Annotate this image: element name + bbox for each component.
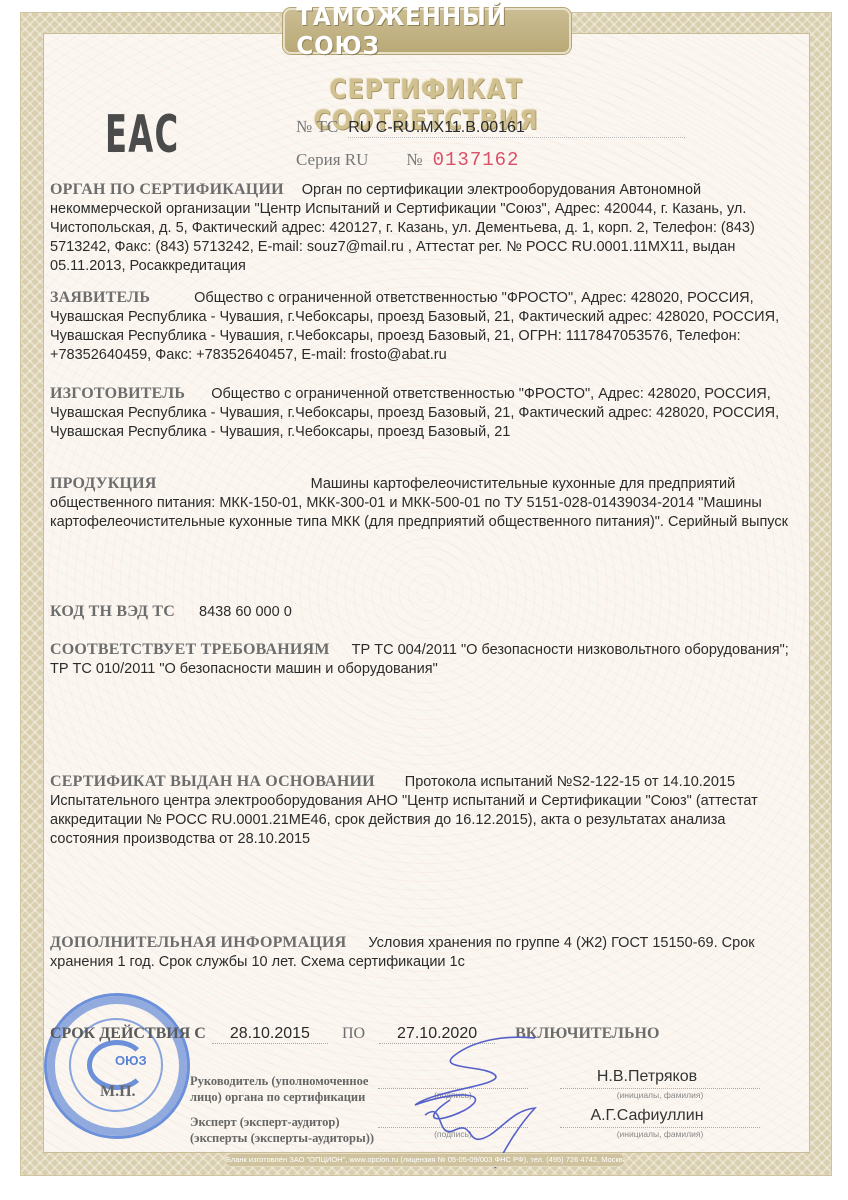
applicant-heading: ЗАЯВИТЕЛЬ <box>50 289 150 306</box>
seal-place-label: М.П. <box>100 1083 136 1101</box>
section-additional-info: ДОПОЛНИТЕЛЬНАЯ ИНФОРМАЦИЯ Условия хранен… <box>50 933 790 972</box>
product-heading: ПРОДУКЦИЯ <box>50 475 157 492</box>
form-printer-footer: Бланк изготовлен ЗАО "ОПЦИОН", www.opcio… <box>225 1153 625 1167</box>
series-row: Серия RU № 0137162 <box>296 149 519 171</box>
valid-to-label: ПО <box>342 1025 365 1043</box>
section-manufacturer: ИЗГОТОВИТЕЛЬ Общество с ограниченной отв… <box>50 384 790 442</box>
head-signatory-label: Руководитель (уполномоченное лицо) орган… <box>190 1073 368 1105</box>
head-name-caption: (инициалы, фамилия) <box>560 1090 760 1100</box>
expert-label-line-1: Эксперт (эксперт-аудитор) <box>190 1114 374 1130</box>
section-basis: СЕРТИФИКАТ ВЫДАН НА ОСНОВАНИИ Протокола … <box>50 772 790 849</box>
certificate-number-value: RU C-RU.МХ11.В.00161 <box>348 119 685 138</box>
head-name-line <box>560 1088 760 1089</box>
customs-union-banner: ТАМОЖЕННЫЙ СОЮЗ <box>283 8 571 54</box>
series-number-label: № <box>406 150 422 170</box>
head-label-line-2: лицо) органа по сертификации <box>190 1089 368 1105</box>
section-certification-body: ОРГАН ПО СЕРТИФИКАЦИИ Орган по сертифика… <box>50 180 790 276</box>
expert-name-caption: (инициалы, фамилия) <box>560 1129 760 1139</box>
section-requirements: СООТВЕТСТВУЕТ ТРЕБОВАНИЯМ ТР ТС 004/2011… <box>50 640 790 679</box>
section-hs-code: КОД ТН ВЭД ТС 8438 60 000 0 <box>50 602 790 622</box>
hs-code-value: 8438 60 000 0 <box>199 604 292 620</box>
series-number-value: 0137162 <box>433 149 520 171</box>
certificate-number-label: № ТС <box>296 117 338 137</box>
applicant-text: Общество с ограниченной ответственностью… <box>50 290 779 363</box>
validity-label: СРОК ДЕЙСТВИЯ С <box>50 1025 206 1043</box>
seal-stamp-icon: ОЮЗ <box>44 993 190 1139</box>
expert-name-line <box>560 1127 760 1128</box>
requirements-heading: СООТВЕТСТВУЕТ ТРЕБОВАНИЯМ <box>50 641 330 658</box>
head-label-line-1: Руководитель (уполномоченное <box>190 1073 368 1089</box>
certificate-number-row: № ТС RU C-RU.МХ11.В.00161 <box>296 117 685 138</box>
seal-logo-text: ОЮЗ <box>115 1053 147 1068</box>
section-applicant: ЗАЯВИТЕЛЬ Общество с ограниченной ответс… <box>50 288 790 365</box>
product-text: Машины картофелеочистительные кухонные д… <box>50 476 788 530</box>
series-label: Серия RU <box>296 150 368 170</box>
hs-code-heading: КОД ТН ВЭД ТС <box>50 603 175 620</box>
eac-logo-icon: ЕАС <box>105 100 148 170</box>
certification-body-heading: ОРГАН ПО СЕРТИФИКАЦИИ <box>50 181 284 198</box>
section-product: ПРОДУКЦИЯ Машины картофелеочистительные … <box>50 474 790 532</box>
expert-signatory-label: Эксперт (эксперт-аудитор) (эксперты (экс… <box>190 1114 374 1146</box>
basis-heading: СЕРТИФИКАТ ВЫДАН НА ОСНОВАНИИ <box>50 773 375 790</box>
expert-label-line-2: (эксперты (эксперты-аудиторы)) <box>190 1130 374 1146</box>
customs-union-text: ТАМОЖЕННЫЙ СОЮЗ <box>296 2 557 60</box>
expert-name: А.Г.Сафиуллин <box>562 1107 732 1125</box>
handwritten-signatures-icon <box>395 1030 555 1170</box>
manufacturer-heading: ИЗГОТОВИТЕЛЬ <box>50 385 185 402</box>
head-name: Н.В.Петряков <box>562 1068 732 1086</box>
valid-from-date: 28.10.2015 <box>212 1025 328 1044</box>
validity-row: СРОК ДЕЙСТВИЯ С 28.10.2015 ПО 27.10.2020… <box>50 1025 690 1044</box>
additional-info-heading: ДОПОЛНИТЕЛЬНАЯ ИНФОРМАЦИЯ <box>50 934 346 951</box>
